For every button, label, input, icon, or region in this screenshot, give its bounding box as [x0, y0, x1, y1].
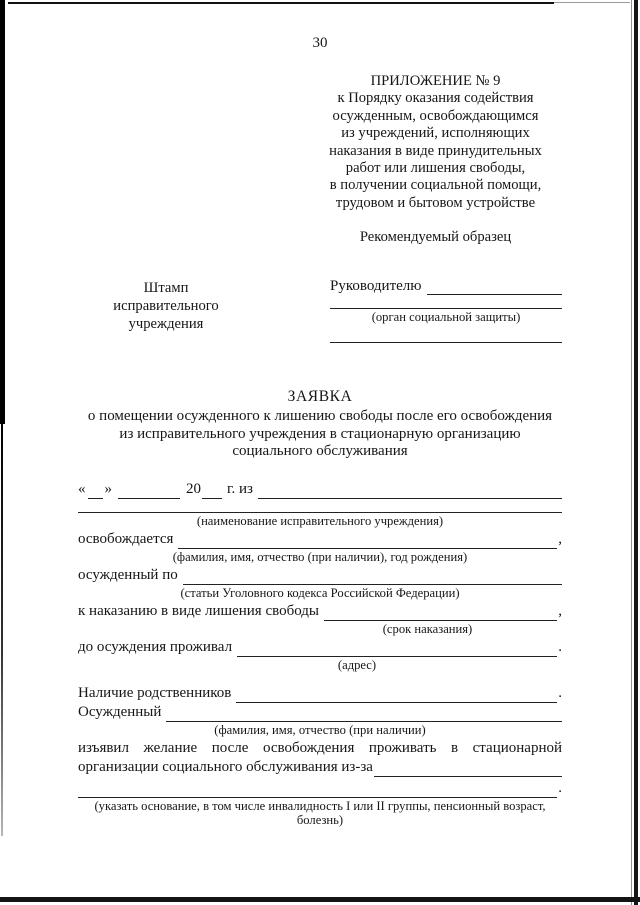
reason-caption: (указать основание, в том числе инвалидн…: [78, 799, 562, 827]
reason-blank-line2: [78, 796, 557, 798]
released-blank: [178, 547, 557, 549]
close-quote: »: [105, 480, 113, 499]
appendix-header: ПРИЛОЖЕНИЕ № 9 к Порядку оказания содейс…: [317, 73, 554, 212]
relatives-blank: [236, 701, 557, 703]
institution-caption: (наименование исправительного учреждения…: [78, 514, 562, 528]
address-blank: [237, 655, 557, 657]
month-blank: [118, 498, 180, 499]
institution-blank-line2: [78, 499, 562, 513]
addressee-blank-line: [330, 325, 562, 343]
relatives-label: Наличие родственников: [78, 684, 231, 703]
from-label: г. из: [227, 480, 253, 499]
appendix-line: трудовом и бытовом устройстве: [317, 195, 554, 212]
released-label: освобождается: [78, 530, 173, 549]
punishment-row: к наказанию в виде лишения свободы ,: [78, 602, 562, 621]
addressee-label: Руководителю: [330, 277, 421, 295]
open-quote: «: [78, 480, 86, 499]
application-form: « » 20 г. из (наименование исправительно…: [78, 480, 562, 827]
reason-blank: [374, 775, 562, 777]
appendix-line: из учреждений, исполняющих: [317, 125, 554, 142]
application-title-block: ЗАЯВКА о помещении осужденного к лишению…: [78, 388, 562, 461]
articles-blank: [183, 583, 562, 585]
stamp-line: исправительного учреждения: [78, 297, 254, 333]
convicted-by-row: осужденный по: [78, 566, 562, 585]
stamp-addressee-row: Штамп исправительного учреждения Руковод…: [78, 277, 562, 343]
subtitle-line: о помещении осужденного к лишению свобод…: [78, 408, 562, 426]
trailing-period: .: [558, 684, 562, 703]
reason-caption-line: (указать основание, в том числе инвалидн…: [78, 799, 562, 813]
reason-continuation-row: .: [78, 779, 562, 798]
appendix-line: к Порядку оказания содействия: [317, 90, 554, 107]
spacer: [78, 674, 562, 684]
wish-statement-line1: изъявил желание после освобождения прожи…: [78, 739, 562, 758]
addressee-caption: (орган социальной защиты): [330, 310, 562, 325]
trailing-comma: ,: [558, 530, 562, 549]
address-caption: (адрес): [78, 658, 562, 672]
relatives-row: Наличие родственников .: [78, 684, 562, 703]
articles-caption: (статьи Уголовного кодекса Российской Фе…: [78, 586, 562, 600]
wish-statement-line2: организации социального обслуживания из-…: [78, 758, 562, 777]
day-blank: [88, 498, 103, 499]
subtitle-line: из исправительного учреждения в стациона…: [78, 426, 562, 444]
application-title: ЗАЯВКА: [78, 388, 562, 406]
convicted-by-label: осужденный по: [78, 566, 178, 585]
year-prefix: 20: [186, 480, 201, 499]
subtitle-line: социального обслуживания: [78, 443, 562, 461]
trailing-comma: ,: [558, 602, 562, 621]
trailing-period: .: [558, 638, 562, 657]
convict-row: Осужденный: [78, 703, 562, 722]
stamp-line: Штамп: [78, 279, 254, 297]
convict-name-blank: [166, 720, 562, 722]
term-blank: [324, 619, 557, 621]
page-number: 30: [78, 35, 562, 52]
convict-caption: (фамилия, имя, отчество (при наличии): [78, 723, 562, 737]
addressee-blank-line: [330, 295, 562, 309]
date-and-institution-row: « » 20 г. из: [78, 480, 562, 499]
recommended-sample-note: Рекомендуемый образец: [317, 229, 554, 246]
appendix-line: работ или лишения свободы,: [317, 160, 554, 177]
stamp-block: Штамп исправительного учреждения: [78, 279, 254, 333]
reason-caption-line: болезнь): [78, 813, 562, 827]
addressee-blank-line: [427, 293, 562, 295]
addressee-block: Руководителю (орган социальной защиты): [330, 277, 562, 343]
residence-row: до осуждения проживал .: [78, 638, 562, 657]
residence-label: до осуждения проживал: [78, 638, 232, 657]
appendix-title: ПРИЛОЖЕНИЕ № 9: [317, 73, 554, 90]
punishment-label: к наказанию в виде лишения свободы: [78, 602, 319, 621]
appendix-line: наказания в виде принудительных: [317, 143, 554, 160]
term-caption: (срок наказания): [78, 622, 562, 636]
convict-label: Осужденный: [78, 703, 161, 722]
wish-line2-label: организации социального обслуживания из-…: [78, 758, 373, 777]
released-row: освобождается ,: [78, 530, 562, 549]
appendix-line: в получении социальной помощи,: [317, 177, 554, 194]
year-blank: [202, 498, 222, 499]
application-subtitle: о помещении осужденного к лишению свобод…: [78, 408, 562, 461]
trailing-period: .: [558, 779, 562, 798]
addressee-line: Руководителю: [330, 277, 562, 295]
document-page: 30 ПРИЛОЖЕНИЕ № 9 к Порядку оказания сод…: [0, 0, 640, 905]
person-caption: (фамилия, имя, отчество (при наличии), г…: [78, 550, 562, 564]
appendix-line: осужденным, освобождающимся: [317, 108, 554, 125]
institution-blank: [258, 497, 562, 499]
